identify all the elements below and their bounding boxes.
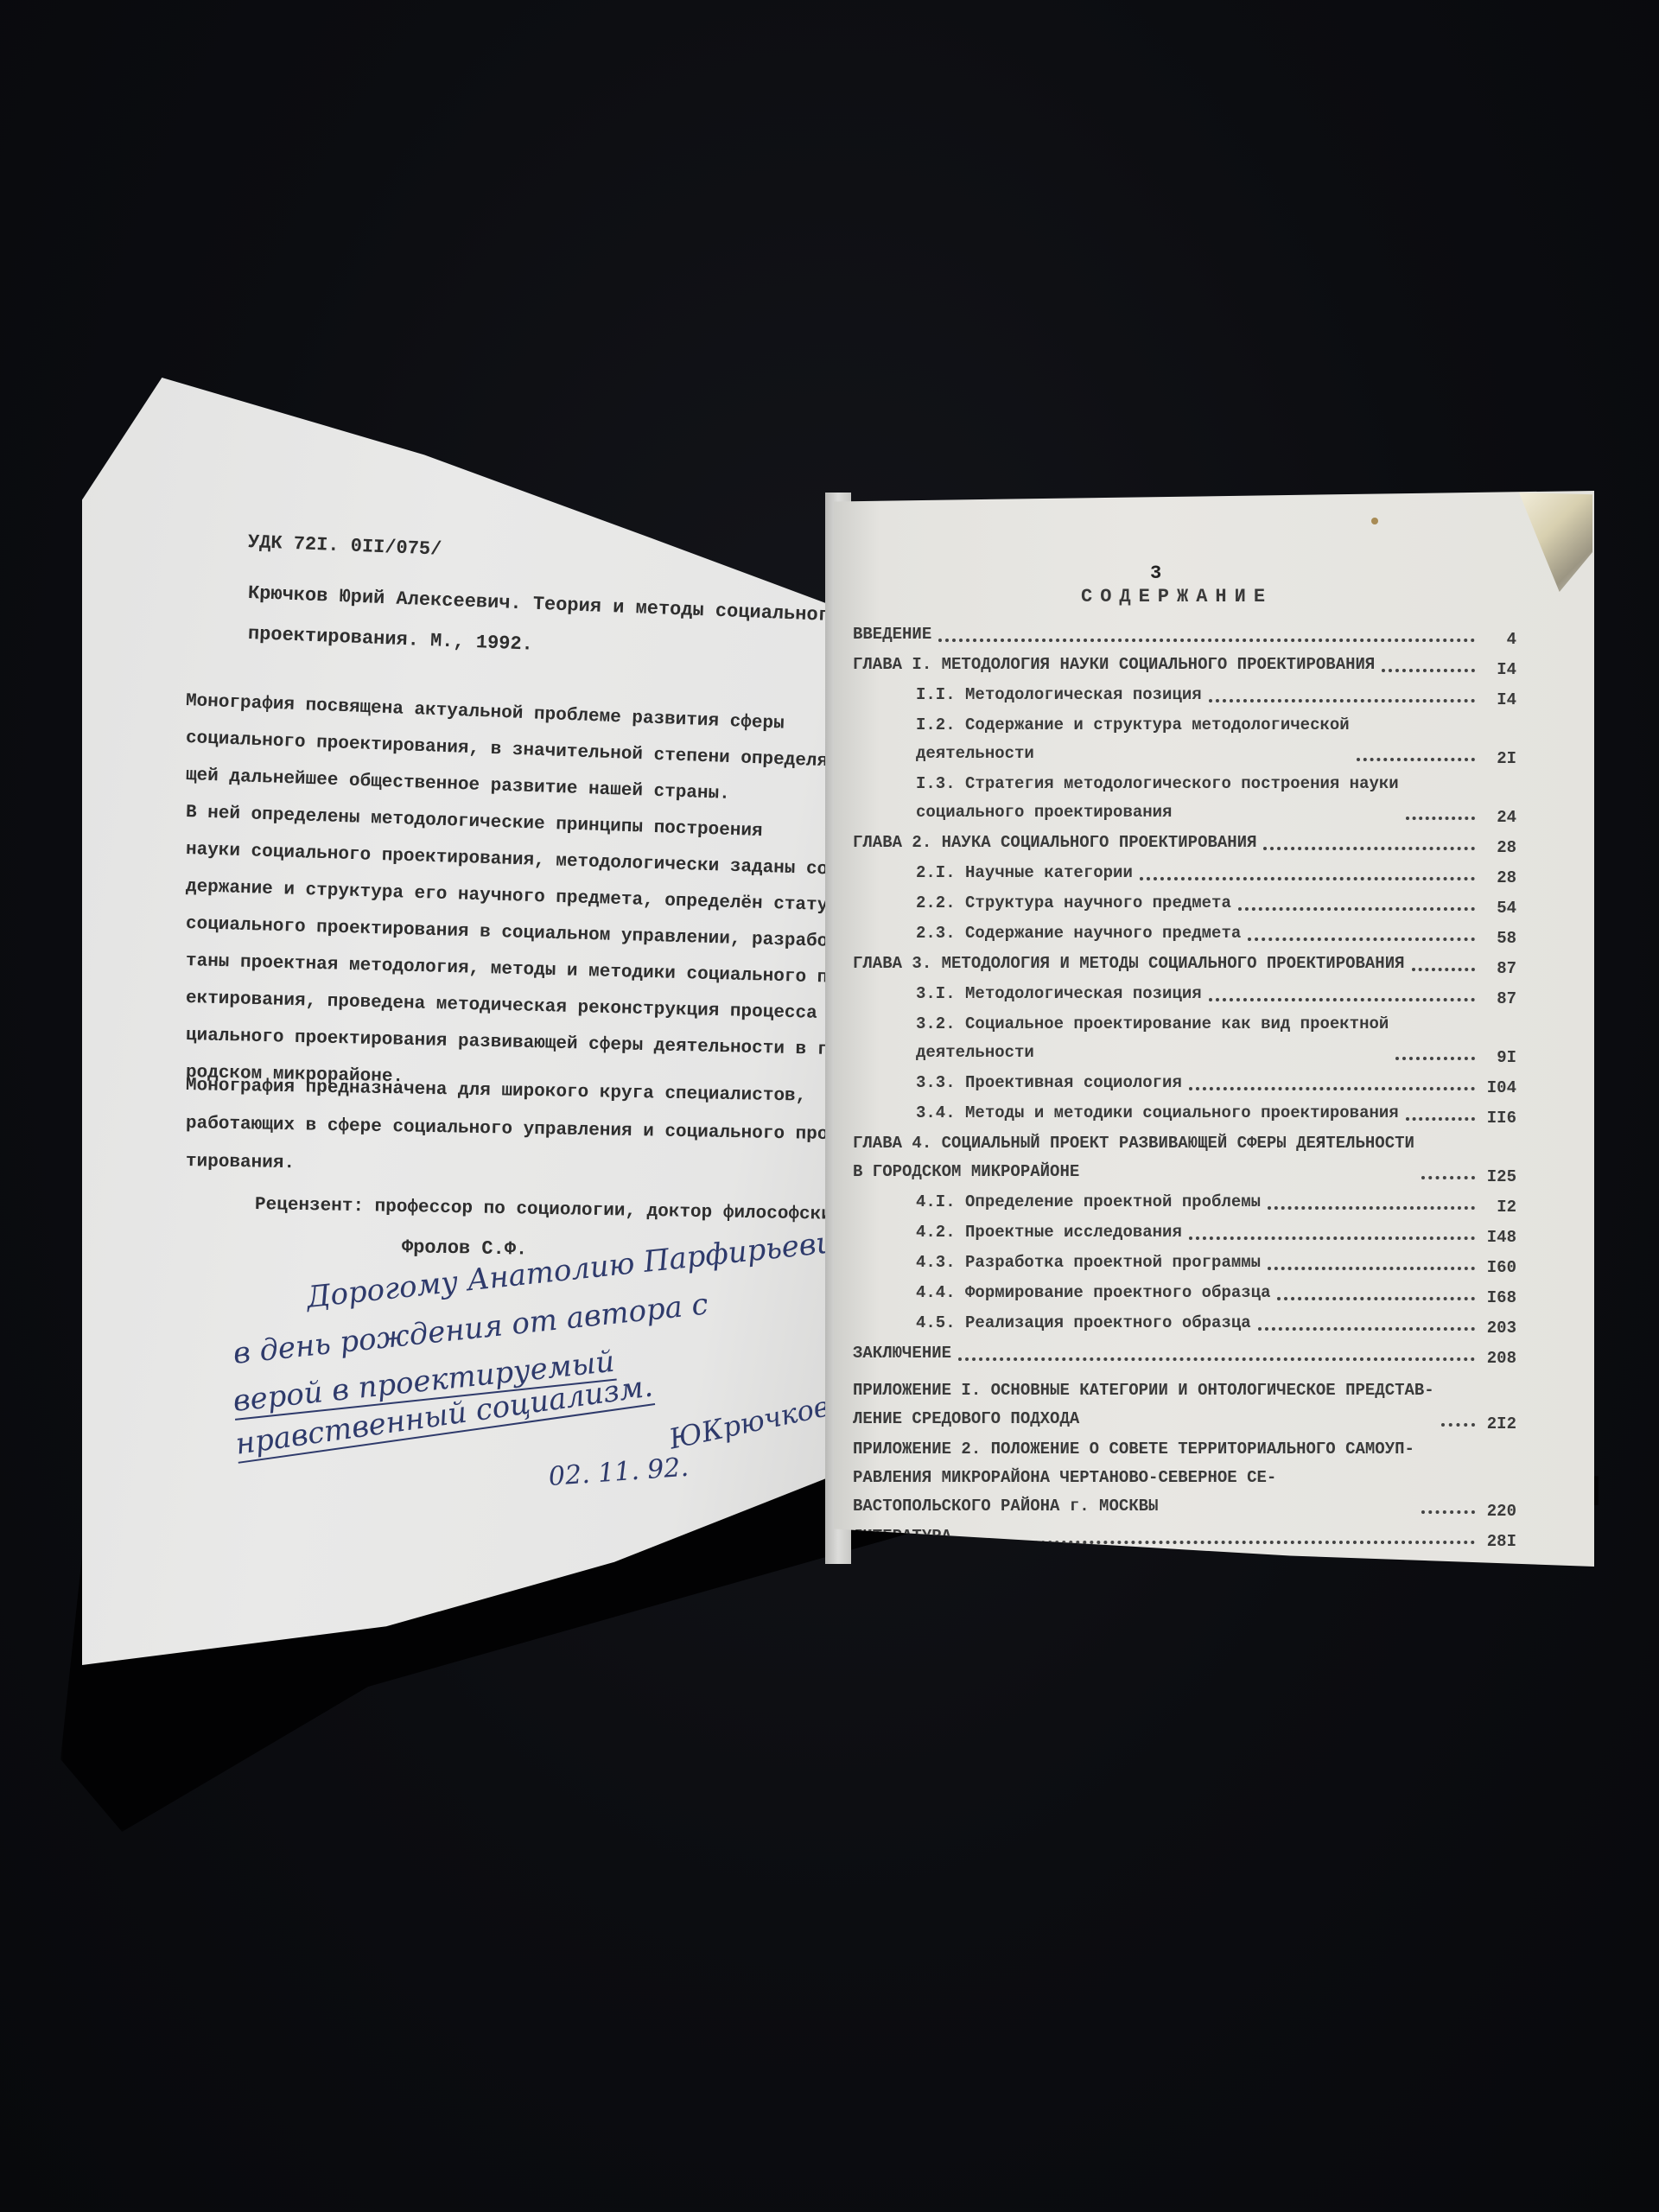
udk-code: УДК 72I. 0II/075/ [248, 531, 442, 561]
toc-entry-page: 28I [1482, 1532, 1516, 1551]
toc-entry: I.3. Стратегия методологического построе… [916, 770, 1516, 827]
toc-entry-title: I.2. Содержание и структура методологиче… [916, 711, 1350, 768]
toc-entry: 4.I. Определение проектной проблемыI2 [916, 1188, 1516, 1217]
toc-entry-title: 3.3. Проективная социология [916, 1069, 1182, 1097]
toc-entry-title: ВВЕДЕНИЕ [853, 620, 931, 649]
citation-line: Крючков Юрий Алексеевич. Теория и методы… [248, 582, 842, 626]
toc-entry-page: I68 [1482, 1288, 1516, 1307]
toc-leader-dots [938, 639, 1475, 642]
toc-leader-dots [1406, 1117, 1475, 1121]
citation-line: проектирования. М., 1992. [248, 623, 534, 656]
toc-entry: 2.I. Научные категории28 [916, 859, 1516, 887]
toc-entry-page: 2I [1482, 749, 1516, 768]
toc-entry-page: 2I2 [1482, 1414, 1516, 1433]
toc-entry: 4.5. Реализация проектного образца203 [916, 1309, 1516, 1338]
toc-entry-page: I04 [1482, 1078, 1516, 1097]
toc-leader-dots [1209, 998, 1475, 1001]
audience-line: работающих в сфере социального управлени… [186, 1114, 861, 1146]
toc-entry-title: ГЛАВА 4. СОЦИАЛЬНЫЙ ПРОЕКТ РАЗВИВАЮЩЕЙ С… [853, 1129, 1414, 1186]
toc-entry-page: 87 [1482, 959, 1516, 978]
toc-entry-page: I4 [1482, 660, 1516, 679]
toc-entry-page: I4 [1482, 690, 1516, 709]
toc-entry-page: 208 [1482, 1349, 1516, 1368]
toc-leader-dots [1357, 758, 1475, 761]
toc-leader-dots [1277, 1297, 1475, 1300]
abstract-line: В ней определены методологические принци… [186, 803, 763, 842]
toc-leader-dots [1421, 1510, 1475, 1514]
toc-leader-dots [1209, 699, 1475, 702]
toc-entry-title: 4.3. Разработка проектной программы [916, 1249, 1261, 1277]
toc-entry-title: ГЛАВА I. МЕТОДОЛОГИЯ НАУКИ СОЦИАЛЬНОГО П… [853, 651, 1375, 679]
toc-entry-page: II6 [1482, 1109, 1516, 1128]
toc-leader-dots [1268, 1206, 1475, 1210]
toc-entry: 4.3. Разработка проектной программыI60 [916, 1249, 1516, 1277]
abstract-line: Монография посвящена актуальной проблеме… [186, 691, 785, 734]
toc-entry: 2.2. Структура научного предмета54 [916, 889, 1516, 918]
toc-entry: ГЛАВА 3. МЕТОДОЛОГИЯ И МЕТОДЫ СОЦИАЛЬНОГ… [853, 950, 1516, 978]
toc-entry-title: ПРИЛОЖЕНИЕ 2. ПОЛОЖЕНИЕ О СОВЕТЕ ТЕРРИТО… [853, 1435, 1414, 1521]
audience-line: тирования. [186, 1152, 295, 1173]
toc-entry: ЗАКЛЮЧЕНИЕ208 [853, 1339, 1516, 1368]
toc-leader-dots [1258, 1327, 1475, 1331]
toc-entry-title: 3.4. Методы и методики социального проек… [916, 1099, 1399, 1128]
toc-entry: ПРИЛОЖЕНИЕ I. ОСНОВНЫЕ КАТЕГОРИИ И ОНТОЛ… [853, 1376, 1516, 1433]
toc-entry: 3.I. Методологическая позиция87 [916, 980, 1516, 1008]
toc-entry-page: 28 [1482, 868, 1516, 887]
toc-entry: ПРИЛОЖЕНИЕ 2. ПОЛОЖЕНИЕ О СОВЕТЕ ТЕРРИТО… [853, 1435, 1516, 1521]
toc-entry-title: ЗАКЛЮЧЕНИЕ [853, 1339, 951, 1368]
toc-entry-title: ГЛАВА 3. МЕТОДОЛОГИЯ И МЕТОДЫ СОЦИАЛЬНОГ… [853, 950, 1405, 978]
toc-entry: ГЛАВА 2. НАУКА СОЦИАЛЬНОГО ПРОЕКТИРОВАНИ… [853, 829, 1516, 857]
toc-entry-page: 203 [1482, 1319, 1516, 1338]
toc-entry-title: 2.I. Научные категории [916, 859, 1133, 887]
toc-entry-page: 4 [1482, 630, 1516, 649]
toc-entry-title: 2.2. Структура научного предмета [916, 889, 1231, 918]
toc-entry-title: 4.5. Реализация проектного образца [916, 1309, 1251, 1338]
inscription-date: 02. 11. 92. [548, 1452, 690, 1492]
toc-entry: 3.3. Проективная социологияI04 [916, 1069, 1516, 1097]
toc-leader-dots [958, 1357, 1475, 1361]
toc-entry: I.I. Методологическая позицияI4 [916, 681, 1516, 709]
toc-entry: 3.2. Социальное проектирование как вид п… [916, 1010, 1516, 1067]
abstract-line: таны проектная методология, методы и мет… [186, 951, 861, 988]
toc-leader-dots [1238, 907, 1475, 911]
toc-entry-page: 220 [1482, 1502, 1516, 1521]
toc-heading: СОДЕРЖАНИЕ [1081, 586, 1273, 607]
toc-leader-dots [1248, 938, 1475, 941]
author-signature: ЮКрючков [666, 1389, 832, 1455]
toc-entry-title: 3.2. Социальное проектирование как вид п… [916, 1010, 1389, 1067]
page-number: 3 [1150, 563, 1162, 584]
abstract-line: держание и структура его научного предме… [186, 877, 839, 916]
toc-entry-title: I.3. Стратегия методологического построе… [916, 770, 1399, 827]
toc-leader-dots [1421, 1176, 1475, 1179]
toc-leader-dots [1406, 817, 1475, 820]
toc-entry: 2.3. Содержание научного предмета58 [916, 919, 1516, 948]
toc-leader-dots [1395, 1057, 1475, 1060]
toc-entry: I.2. Содержание и структура методологиче… [916, 711, 1516, 768]
toc-entry: ГЛАВА I. МЕТОДОЛОГИЯ НАУКИ СОЦИАЛЬНОГО П… [853, 651, 1516, 679]
toc-entry: 4.2. Проектные исследованияI48 [916, 1218, 1516, 1247]
left-page: УДК 72I. 0II/075/ Крючков Юрий Алексееви… [82, 378, 842, 1665]
audience-line: Монография предназначена для широкого кр… [186, 1076, 807, 1107]
toc-entry-page: I2 [1482, 1198, 1516, 1217]
toc-entry-title: 4.I. Определение проектной проблемы [916, 1188, 1261, 1217]
toc-entry-title: 4.4. Формирование проектного образца [916, 1279, 1270, 1307]
toc-leader-dots [1189, 1236, 1475, 1240]
reviewer-line: Рецензент: профессор по социологии, докт… [255, 1195, 898, 1226]
toc-entry: 4.4. Формирование проектного образцаI68 [916, 1279, 1516, 1307]
right-page: 3 СОДЕРЖАНИЕ ВВЕДЕНИЕ4ГЛАВА I. МЕТОДОЛОГ… [834, 491, 1594, 1567]
abstract-line: социального проектирования в социальном … [186, 914, 839, 952]
toc-entry-title: 3.I. Методологическая позиция [916, 980, 1202, 1008]
toc-entry-title: 4.2. Проектные исследования [916, 1218, 1182, 1247]
toc-entry-page: I48 [1482, 1228, 1516, 1247]
abstract-line: щей дальнейшее общественное развитие наш… [186, 766, 731, 804]
toc-leader-dots [1263, 847, 1475, 850]
toc-entry-page: 87 [1482, 989, 1516, 1008]
toc-entry-page: I60 [1482, 1258, 1516, 1277]
toc-leader-dots [1382, 669, 1475, 672]
reviewer-name: Фролов С.Ф. [402, 1236, 528, 1261]
toc-leader-dots [1441, 1423, 1475, 1427]
abstract-line: циального проектирования развивающей сфе… [186, 1026, 850, 1060]
toc-leader-dots [1140, 877, 1475, 880]
toc-entry-title: I.I. Методологическая позиция [916, 681, 1202, 709]
toc-entry: ГЛАВА 4. СОЦИАЛЬНЫЙ ПРОЕКТ РАЗВИВАЮЩЕЙ С… [853, 1129, 1516, 1186]
toc-entry-title: ГЛАВА 2. НАУКА СОЦИАЛЬНОГО ПРОЕКТИРОВАНИ… [853, 829, 1256, 857]
toc-entry-page: 54 [1482, 899, 1516, 918]
toc-entry-title: ПРИЛОЖЕНИЕ I. ОСНОВНЫЕ КАТЕГОРИИ И ОНТОЛ… [853, 1376, 1434, 1433]
toc-entry-page: 28 [1482, 838, 1516, 857]
toc-entry: ВВЕДЕНИЕ4 [853, 620, 1516, 649]
toc-leader-dots [1412, 968, 1475, 971]
paper-stain [1371, 518, 1378, 524]
abstract-line: ектирования, проведена методическая реко… [186, 988, 861, 1025]
abstract-line: науки социального проектирования, методо… [186, 840, 839, 880]
toc-entry-page: I25 [1482, 1167, 1516, 1186]
left-page-text: УДК 72I. 0II/075/ Крючков Юрий Алексееви… [82, 378, 842, 1665]
toc-entry: 3.4. Методы и методики социального проек… [916, 1099, 1516, 1128]
toc-entry-page: 24 [1482, 808, 1516, 827]
toc-leader-dots [1268, 1267, 1475, 1270]
abstract-line: социального проектирования, в значительн… [186, 728, 850, 772]
toc-entry-page: 9I [1482, 1048, 1516, 1067]
toc-leader-dots [1189, 1087, 1475, 1090]
toc-entry-title: 2.3. Содержание научного предмета [916, 919, 1241, 948]
toc-entry-page: 58 [1482, 929, 1516, 948]
